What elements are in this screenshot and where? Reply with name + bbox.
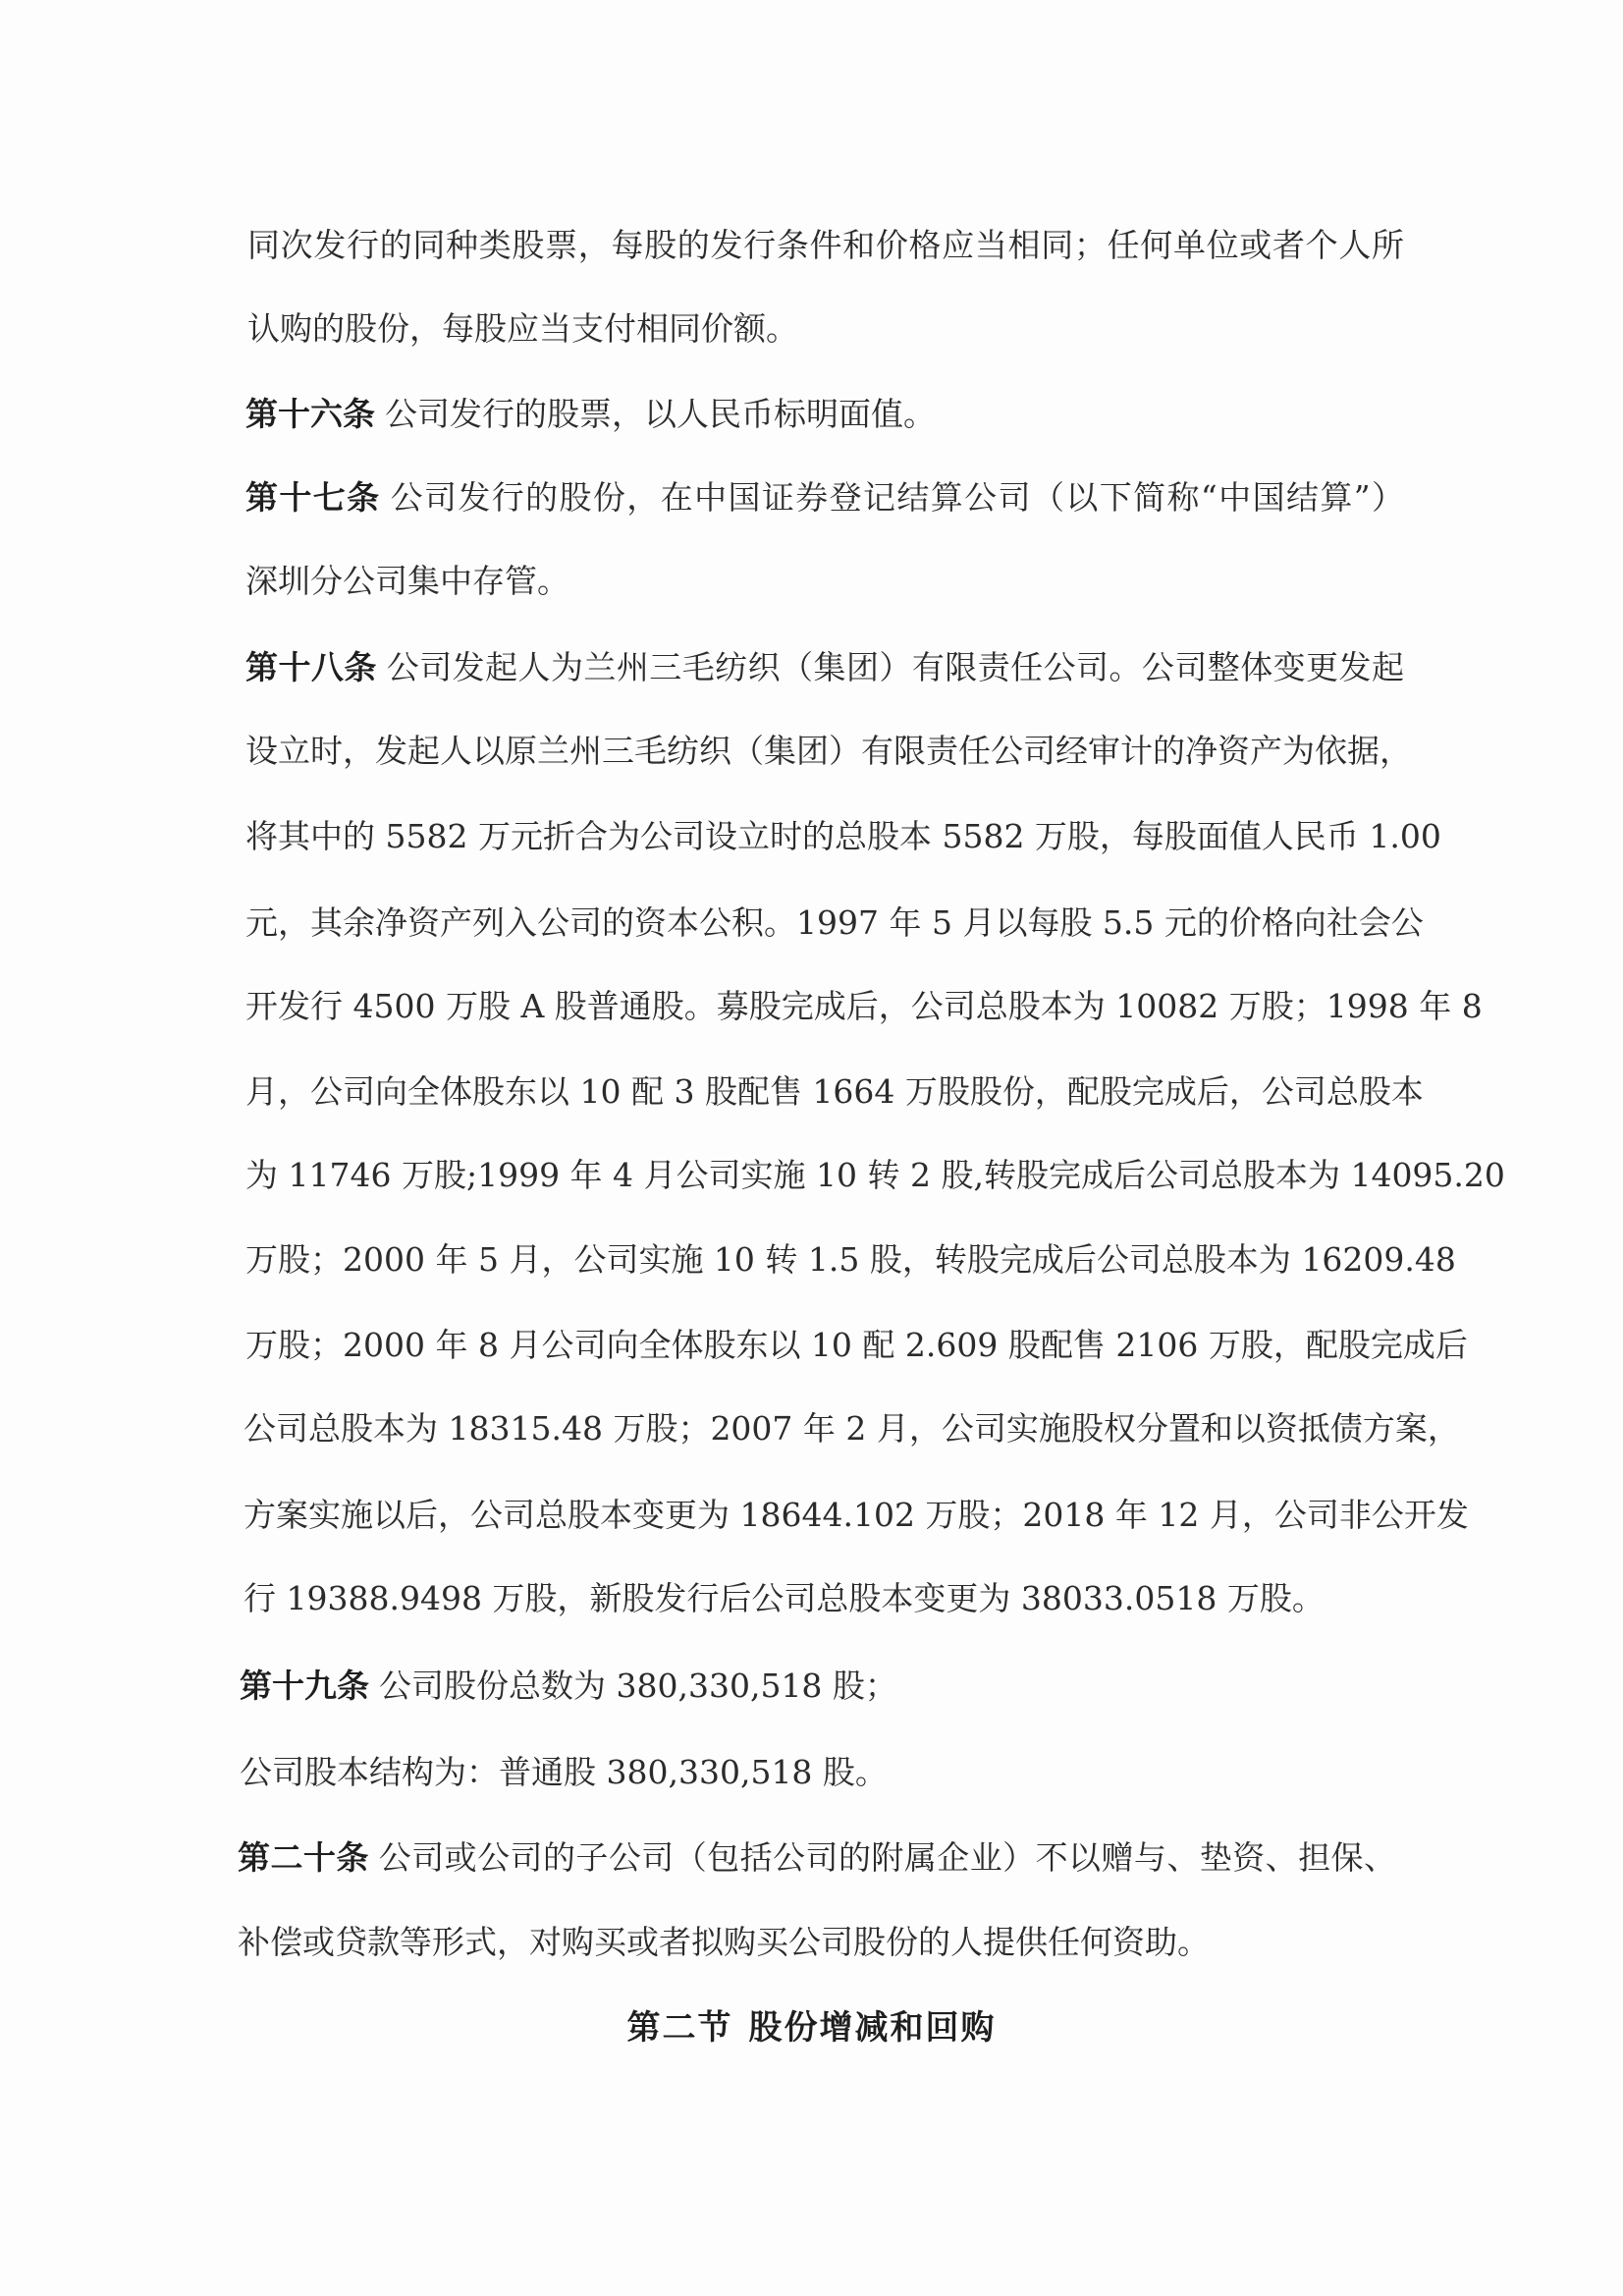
line-text: 深圳分公司集中存管。 <box>245 562 569 600</box>
paragraph-line: 同次发行的同种类股票，每股的发行条件和价格应当相同；任何单位或者个人所 <box>247 224 1404 267</box>
paragraph-line: 月，公司向全体股东以 10 配 3 股配售 1664 万股股份，配股完成后，公司… <box>245 1070 1404 1114</box>
paragraph-line: 行 19388.9498 万股，新股发行后公司总股本变更为 38033.0518… <box>243 1577 1402 1620</box>
paragraph-line: 公司总股本为 18315.48 万股；2007 年 2 月，公司实施股权分置和以… <box>243 1407 1402 1450</box>
line-text: 认购的股份，每股应当支付相同价额。 <box>247 309 798 348</box>
line-text: 同次发行的同种类股票，每股的发行条件和价格应当相同；任何单位或者个人所 <box>247 226 1404 264</box>
section-title: 股份增减和回购 <box>749 2008 997 2048</box>
line-text: 万股；2000 年 5 月，公司实施 10 转 1.5 股，转股完成后公司总股本… <box>245 1240 1456 1279</box>
line-text: 万股；2000 年 8 月公司向全体股东以 10 配 2.609 股配售 210… <box>245 1326 1468 1364</box>
paragraph-line: 认购的股份，每股应当支付相同价额。 <box>247 307 1404 351</box>
paragraph-line: 补偿或贷款等形式，对购买或者拟购买公司股份的人提供任何资助。 <box>238 1921 1396 1964</box>
line-text: 月，公司向全体股东以 10 配 3 股配售 1664 万股股份，配股完成后，公司… <box>245 1072 1424 1111</box>
section-heading: 第二节股份增减和回购 <box>0 2006 1623 2050</box>
line-text: 将其中的 5582 万元折合为公司设立时的总股本 5582 万股，每股面值人民币… <box>245 817 1441 855</box>
line-text: 为 11746 万股;1999 年 4 月公司实施 10 转 2 股,转股完成后… <box>245 1156 1505 1194</box>
paragraph-line: 设立时，发起人以原兰州三毛纺织（集团）有限责任公司经审计的净资产为依据， <box>245 730 1404 773</box>
section-number: 第二节 <box>627 2008 733 2048</box>
line-text: 公司发行的股票，以人民币标明面值。 <box>385 395 936 433</box>
article-label: 第十九条 <box>240 1667 369 1705</box>
article-20: 第二十条公司或公司的子公司（包括公司的附属企业）不以赠与、垫资、担保、 <box>238 1836 1396 1880</box>
paragraph-line: 方案实施以后，公司总股本变更为 18644.102 万股；2018 年 12 月… <box>243 1494 1402 1537</box>
document-page: 同次发行的同种类股票，每股的发行条件和价格应当相同；任何单位或者个人所 认购的股… <box>0 0 1623 2296</box>
line-text: 开发行 4500 万股 A 股普通股。募股完成后，公司总股本为 10082 万股… <box>245 987 1483 1025</box>
article-17: 第十七条公司发行的股份，在中国证券登记结算公司（以下简称“中国结算”） <box>245 476 1404 519</box>
paragraph-line: 万股；2000 年 5 月，公司实施 10 转 1.5 股，转股完成后公司总股本… <box>245 1238 1404 1282</box>
paragraph-line: 万股；2000 年 8 月公司向全体股东以 10 配 2.609 股配售 210… <box>245 1324 1404 1367</box>
paragraph-line: 为 11746 万股;1999 年 4 月公司实施 10 转 2 股,转股完成后… <box>245 1154 1404 1197</box>
line-text: 设立时，发起人以原兰州三毛纺织（集团）有限责任公司经审计的净资产为依据， <box>245 732 1412 770</box>
line-text: 补偿或贷款等形式，对购买或者拟购买公司股份的人提供任何资助。 <box>238 1923 1210 1961</box>
line-text: 公司发行的股份，在中国证券登记结算公司（以下简称“中国结算”） <box>391 478 1404 517</box>
article-label: 第十七条 <box>245 478 381 517</box>
share-structure-line: 公司股本结构为：普通股 380,330,518 股。 <box>240 1751 1398 1794</box>
line-text: 公司或公司的子公司（包括公司的附属企业）不以赠与、垫资、担保、 <box>379 1838 1396 1877</box>
article-label: 第十八条 <box>245 648 377 686</box>
article-16: 第十六条公司发行的股票，以人民币标明面值。 <box>245 393 1402 436</box>
paragraph-line: 元，其余净资产列入公司的资本公积。1997 年 5 月以每股 5.5 元的价格向… <box>245 902 1404 945</box>
article-label: 第十六条 <box>245 395 375 433</box>
line-text: 公司总股本为 18315.48 万股；2007 年 2 月，公司实施股权分置和以… <box>243 1409 1460 1448</box>
line-text: 公司股本结构为：普通股 380,330,518 股。 <box>240 1753 888 1791</box>
paragraph-line: 深圳分公司集中存管。 <box>245 560 1402 603</box>
line-text: 元，其余净资产列入公司的资本公积。1997 年 5 月以每股 5.5 元的价格向… <box>245 903 1424 942</box>
line-text: 行 19388.9498 万股，新股发行后公司总股本变更为 38033.0518… <box>243 1579 1325 1617</box>
article-label: 第二十条 <box>238 1838 369 1877</box>
article-18: 第十八条公司发起人为兰州三毛纺织（集团）有限责任公司。公司整体变更发起 <box>245 646 1404 689</box>
line-text: 公司股份总数为 380,330,518 股； <box>379 1667 897 1705</box>
line-text: 公司发起人为兰州三毛纺织（集团）有限责任公司。公司整体变更发起 <box>387 648 1404 686</box>
article-19: 第十九条公司股份总数为 380,330,518 股； <box>240 1665 1398 1708</box>
line-text: 方案实施以后，公司总股本变更为 18644.102 万股；2018 年 12 月… <box>243 1496 1469 1534</box>
paragraph-line: 将其中的 5582 万元折合为公司设立时的总股本 5582 万股，每股面值人民币… <box>245 815 1404 858</box>
paragraph-line: 开发行 4500 万股 A 股普通股。募股完成后，公司总股本为 10082 万股… <box>245 985 1404 1028</box>
